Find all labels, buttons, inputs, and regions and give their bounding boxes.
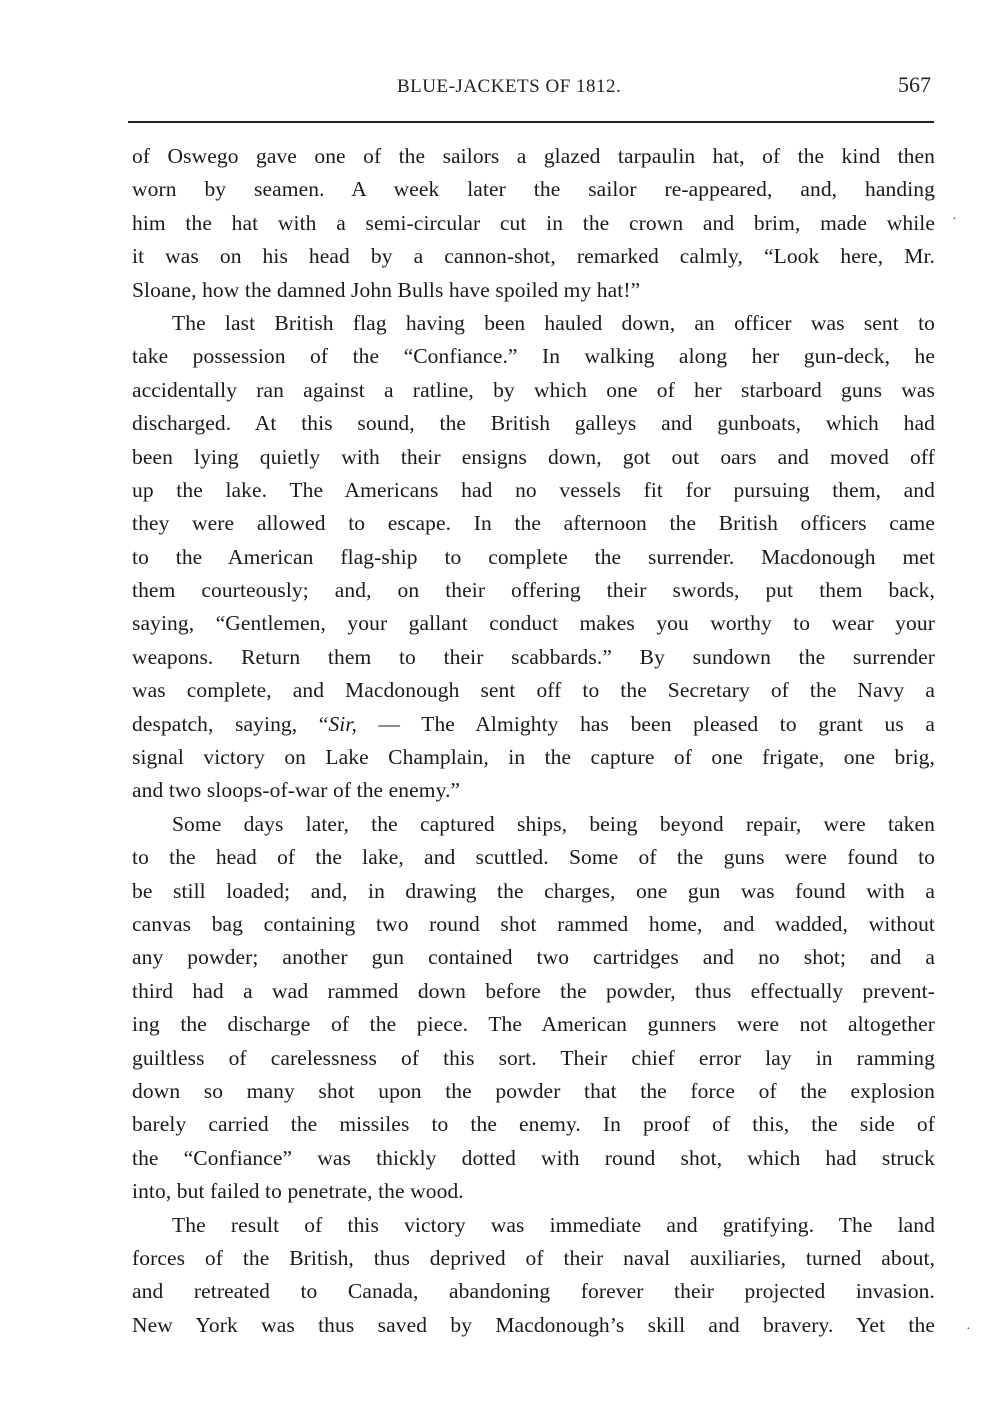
text-line: him the hat with a semi-circular cut in … (132, 207, 935, 240)
running-head: BLUE-JACKETS OF 1812. 567 (0, 76, 1000, 106)
paragraph: The last British flag having been hauled… (132, 307, 935, 808)
text-line: saying, “Gentlemen, your gallant conduct… (132, 607, 935, 640)
text-line: discharged. At this sound, the British g… (132, 407, 935, 440)
text-line: up the lake. The Americans had no vessel… (132, 474, 935, 507)
margin-mark: · (952, 212, 957, 228)
text-line: third had a wad rammed down before the p… (132, 975, 935, 1008)
body-text: of Oswego gave one of the sailors a glaz… (132, 140, 935, 1342)
despatch-rest: — The Almighty has been pleased to grant… (357, 712, 935, 736)
running-title: BLUE-JACKETS OF 1812. (397, 76, 621, 98)
text-line: The last British flag having been hauled… (132, 307, 935, 340)
text-line: into, but failed to penetrate, the wood. (132, 1175, 935, 1208)
text-line: the “Confiance” was thickly dotted with … (132, 1142, 935, 1175)
text-line: they were allowed to escape. In the afte… (132, 507, 935, 540)
margin-mark: · (966, 1322, 971, 1338)
page-number: 567 (898, 72, 931, 98)
text-line: of Oswego gave one of the sailors a glaz… (132, 140, 935, 173)
text-line: been lying quietly with their ensigns do… (132, 441, 935, 474)
text-line: take possession of the “Confiance.” In w… (132, 340, 935, 373)
text-line: forces of the British, thus deprived of … (132, 1242, 935, 1275)
text-line: canvas bag containing two round shot ram… (132, 908, 935, 941)
despatch-salutation: Sir, (328, 712, 356, 736)
text-line: to the head of the lake, and scuttled. S… (132, 841, 935, 874)
text-line: and two sloops-of-war of the enemy.” (132, 774, 935, 807)
text-line: be still loaded; and, in drawing the cha… (132, 875, 935, 908)
paragraph: of Oswego gave one of the sailors a glaz… (132, 140, 935, 307)
text-line-despatch: despatch, saying, “Sir, — The Almighty h… (132, 708, 935, 741)
text-line: them courteously; and, on their offering… (132, 574, 935, 607)
paragraph: The result of this victory was immediate… (132, 1209, 935, 1343)
text-line: ing the discharge of the piece. The Amer… (132, 1008, 935, 1041)
despatch-lead: despatch, saying, “ (132, 712, 328, 736)
book-page: BLUE-JACKETS OF 1812. 567 · · of Oswego … (0, 0, 1000, 1407)
header-rule (128, 121, 934, 123)
text-line: any powder; another gun contained two ca… (132, 941, 935, 974)
text-line: accidentally ran against a ratline, by w… (132, 374, 935, 407)
text-line: barely carried the missiles to the enemy… (132, 1108, 935, 1141)
text-line: to the American flag-ship to complete th… (132, 541, 935, 574)
text-line: guiltless of carelessness of this sort. … (132, 1042, 935, 1075)
text-line: was complete, and Macdonough sent off to… (132, 674, 935, 707)
text-line: New York was thus saved by Macdonough’s … (132, 1309, 935, 1342)
text-line: and retreated to Canada, abandoning fore… (132, 1275, 935, 1308)
text-line: The result of this victory was immediate… (132, 1209, 935, 1242)
text-line: worn by seamen. A week later the sailor … (132, 173, 935, 206)
text-line: Some days later, the captured ships, bei… (132, 808, 935, 841)
text-line: Sloane, how the damned John Bulls have s… (132, 274, 935, 307)
text-line: signal victory on Lake Champlain, in the… (132, 741, 935, 774)
text-line: down so many shot upon the powder that t… (132, 1075, 935, 1108)
text-line: weapons. Return them to their scabbards.… (132, 641, 935, 674)
paragraph: Some days later, the captured ships, bei… (132, 808, 935, 1209)
text-line: it was on his head by a cannon-shot, rem… (132, 240, 935, 273)
